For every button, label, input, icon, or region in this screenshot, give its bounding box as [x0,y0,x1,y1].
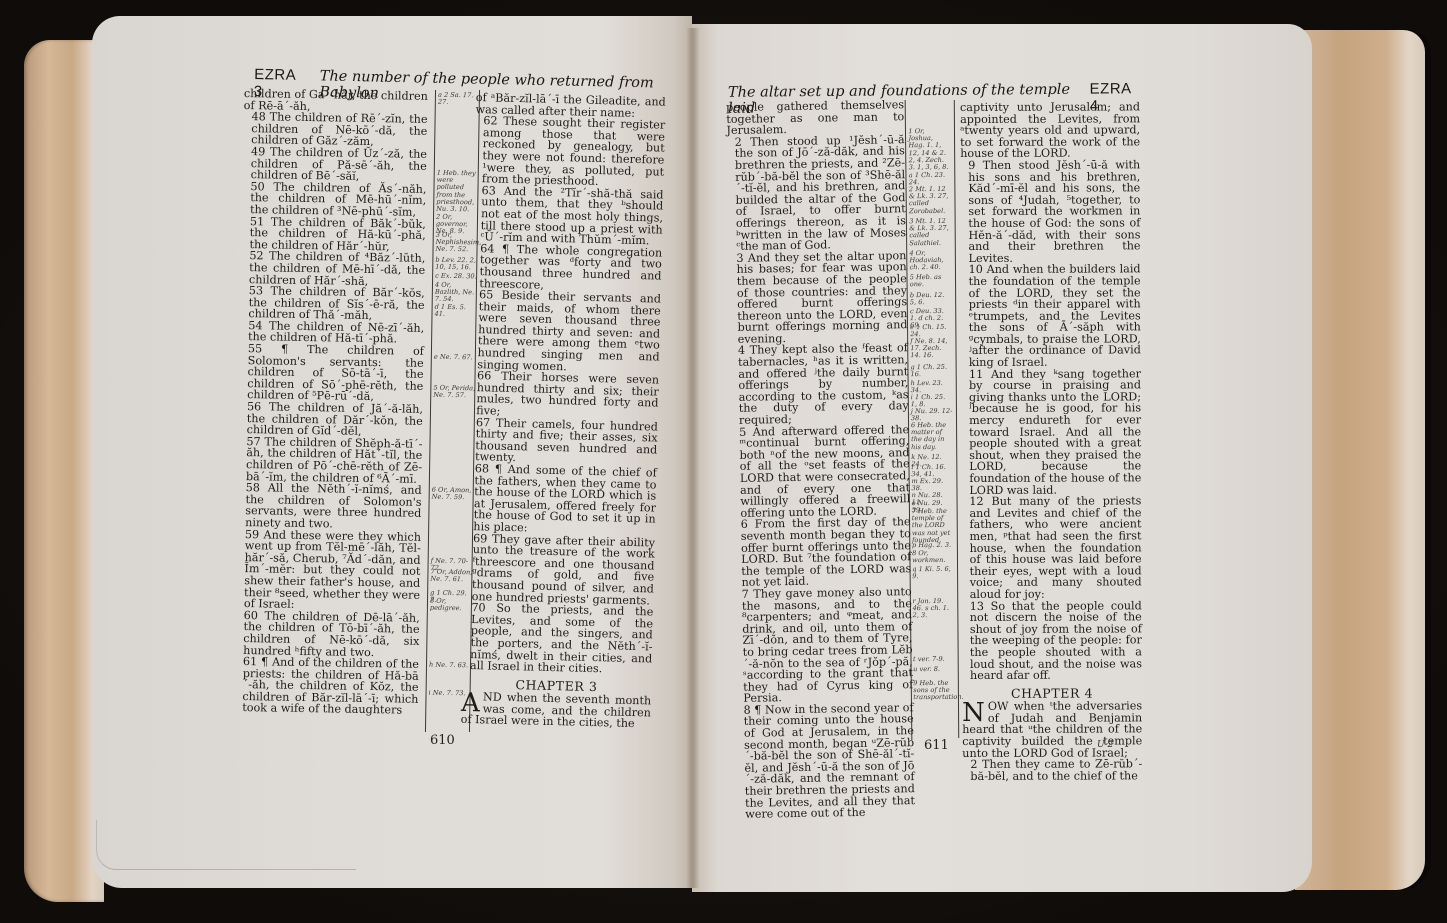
drop-cap: A [461,693,480,713]
left-page-column-2: of ᵃBăr-zĭl-lā´-ī the Gileadite, and was… [461,92,666,731]
verse-text: 61 ¶ And of the children of the priests:… [234,656,419,717]
verse-text: 55 ¶ The children of Solomon's servants:… [239,343,424,404]
verse-text: 56 The children of Jă´-ă-lăh, the childr… [239,401,424,439]
verse-text: ND when the seventh month was come, and … [460,691,651,731]
margin-reference: 8 Or, workmen. [912,550,954,565]
verse-text: 3 And they set the altar upon his bases;… [728,250,907,346]
verse-text: 57 The children of Shĕph-ă-tī´-ăh, the c… [238,436,423,485]
margin-reference: 6 Heb. the matter of the day in his day. [911,422,953,451]
verse-text: 7 They gave money also unto the masons, … [734,586,914,705]
book-gutter [686,28,700,888]
verse-text: 60 The children of Dē-lā´-ăh, the childr… [235,610,420,659]
verse-text: 64 ¶ The whole congregation together was… [471,243,662,294]
margin-reference: a 2 Sa. 17. 27. [438,92,480,107]
verse-text: 53 The children of Băr´-kŏs, the childre… [240,285,425,323]
verse-text: 4 They kept also the ᶠfeast of tabernacl… [730,343,909,427]
verse-text: 59 And these were they which went up fro… [236,529,421,613]
verse-text: 65 Beside their servants and their maids… [469,289,661,375]
left-page-column-1: children of Ga´-hăr, the children of Rē-… [234,88,428,717]
verse-text: 51 The children of Băk´-bŭk, the childre… [241,216,426,254]
verse-text: 68 ¶ And some of the chief of the father… [465,463,657,537]
verse-text: 50 The children of Ăs´-năh, the children… [242,181,427,219]
chapter-4-heading: CHAPTER 4 [962,687,1142,699]
verse-text: captivity unto Jerusalem; and appointed … [960,101,1140,160]
margin-reference: t ver. 7-9. [913,656,955,664]
chapter-4-opening: N OW when ᵗthe adversaries of Judah and … [962,701,1142,760]
margin-reference: 4 Or, Hodaviah, ch. 2. 40. [909,250,951,272]
right-page-number: 611 [924,738,949,753]
margin-reference: r Jon. 19. 46. s ch. 1. 2, 3. [912,598,954,620]
right-page-column-2: captivity unto Jerusalem; and appointed … [960,101,1142,782]
verse-text: 5 And afterward offered the ᵐcontinual b… [731,424,910,520]
page-corner-fold [96,820,356,870]
left-page-number: 610 [430,733,455,748]
verse-text: 70 So the priests, and the Levites, and … [462,602,654,676]
margin-reference: 5 Heb. as one. [910,274,952,289]
verse-text: 48 The children of Rē´-zĭn, the children… [243,111,428,149]
verse-text: 2 Then they came to Zē-rŭb´-bă-bĕl, and … [962,759,1142,783]
verse-text: 12 But many of the priests and Levites a… [961,496,1141,601]
verse-text: 8 ¶ Now in the second year of their comi… [735,702,915,821]
margin-reference: 3 Mt. 1. 12 & Lk. 3. 27, called Salathie… [909,218,951,247]
verse-text: 9 Then stood Jĕsh´-ū-ă with his sons and… [960,159,1140,264]
book-page-edges-right [1295,30,1425,890]
verse-text: 49 The children of Ŭz´-ză, the children … [243,146,428,184]
verse-text: 6 From the first day of the seventh mont… [733,517,912,589]
margin-reference: u ver. 8. [913,666,955,674]
margin-reference: f Ne. 8. 14, 17. Zech. 14. 16. [910,338,952,360]
verse-text: 52 The children of ⁴Băz´-lŭth, the child… [241,250,426,288]
chapter-3-opening: A ND when the seventh month was come, an… [461,691,652,730]
margin-reference: 7 Heb. the temple of the LORD was not ye… [912,508,954,544]
verse-text: 11 And they ᵏsang together by course in … [961,368,1141,496]
verse-text: 63 And the ²Tĭr´-shă-thă said unto them,… [472,185,663,248]
margin-reference: 2 Mt. 1. 12 & Lk. 3. 27, called Zorobabe… [909,186,951,215]
verse-text: 10 And when the builders laid the founda… [961,264,1141,369]
verse-text: OW when ᵗthe adversaries of Judah and Be… [962,700,1142,760]
verse-text: 67 Their camels, four hundred thirty and… [467,417,658,468]
verse-text: 13 So that the people could not discern … [962,600,1142,682]
margin-reference: g 1 Ch. 25. 16. [910,364,952,379]
drop-cap: N [962,703,985,723]
verse-text: people gathered themselves together as o… [726,99,905,137]
margin-reference: q 1 Ki. 5. 6, 9. [912,566,954,581]
verse-text: 2 Then stood up ¹Jĕsh´-ū-ă the son of Jō… [727,134,907,253]
margin-reference: b Deu. 12. 5, 6. [910,292,952,307]
margin-reference: 9 Heb. the sons of the transportation. [913,680,955,702]
verse-text: 58 All the Nĕth´-ĭ-nĭmś, and the childre… [237,482,422,531]
right-margin-references: 1 Or, Joshua, Hag. 1. 1, 12, 14 & 2. 2, … [908,128,955,728]
signature-mark: U-2 [1097,740,1113,750]
margin-reference: 1 Or, Joshua, Hag. 1. 1, 12, 14 & 2. 2, … [908,128,950,172]
verse-text: 62 These sought their register among tho… [474,115,666,189]
verse-text: 66 Their horses were seven hundred thirt… [468,370,659,421]
verse-text: 69 They gave after their ability unto th… [464,532,656,606]
right-page-column-1: people gathered themselves together as o… [726,99,915,821]
